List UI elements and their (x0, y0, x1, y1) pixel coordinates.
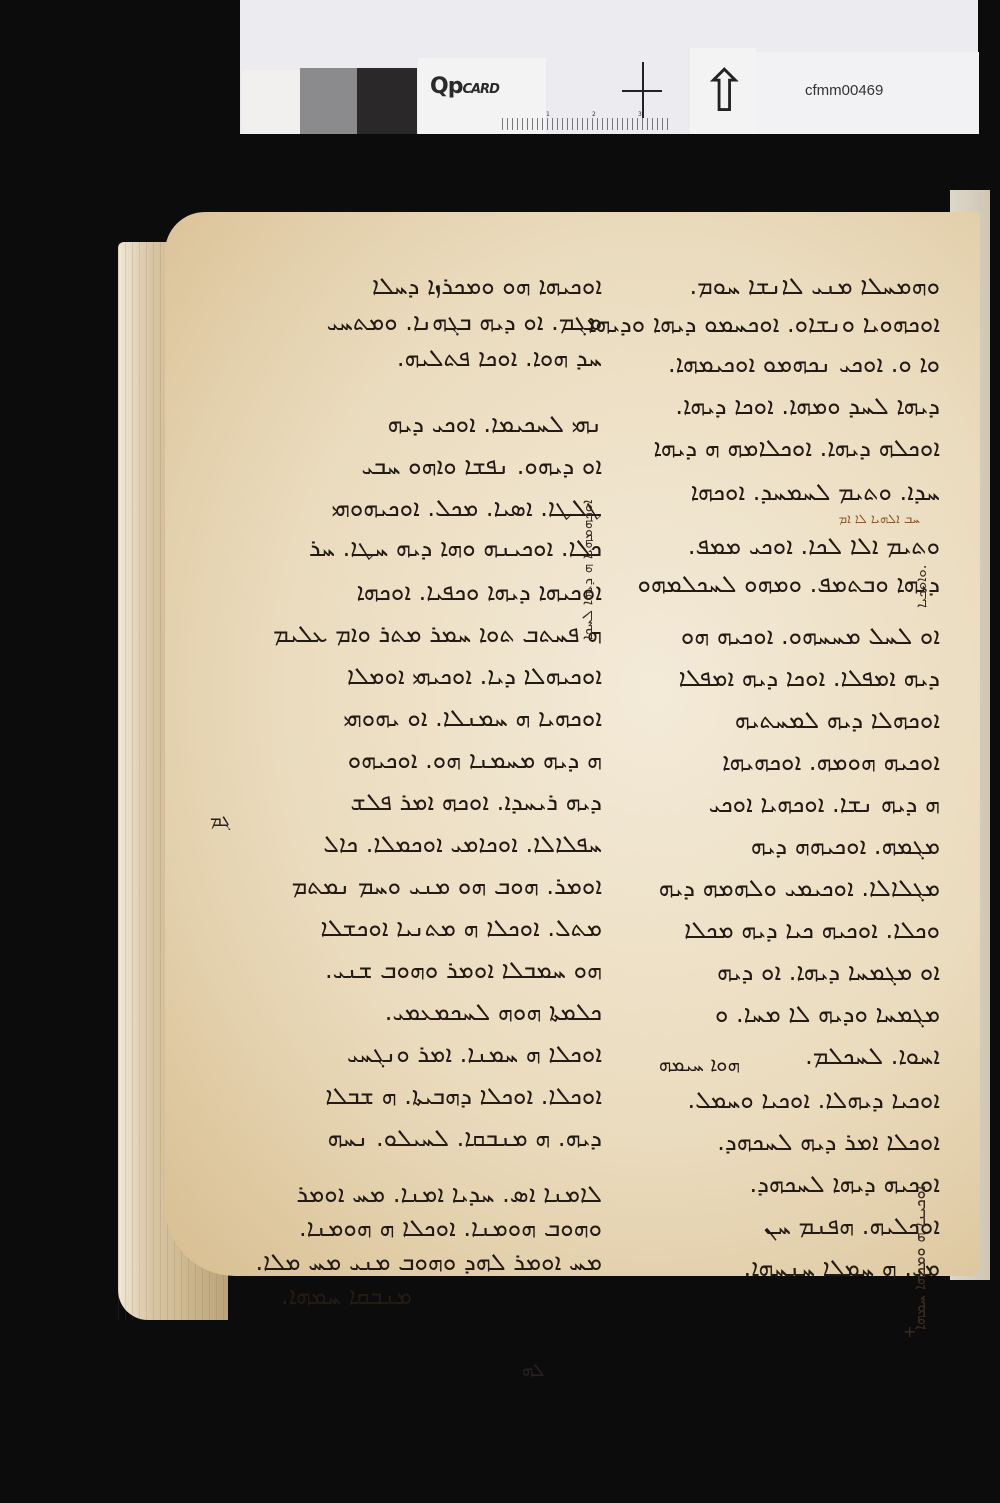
up-arrow-icon: ⇧ (700, 62, 749, 120)
text-line: ܗ ܦܚܬܒ ܬܘܐ ܚܡܪ ܡܬܪ ܘܐܡ ܥܠܝܡ (273, 620, 602, 648)
text-line: ܡܓܡܚܐ ܘܕܝܗ ܠܐ ܡܚܐ. ܘ (715, 1000, 940, 1028)
text-line: ܕܝܗ ܪܝܚܕܐ. ܐܘܟܗ ܐܡܪ ܦܠܫ (350, 788, 602, 816)
text-line: ܡܓܡܗ. ܐܘܟܝܗܗ ܕܝܗ (751, 832, 940, 860)
text-line: ܐܘܟܝܗܐ ܕܝܗܐ ܘܟܦܝܐ. ܐܘܟܗܐ (357, 578, 602, 606)
text-line: ܐܘܟܝܗܐ ܗܘ ܘܡܟܪܙܐ ܕܚܠܐ (372, 272, 602, 300)
folio-mark-left: ܓܡ (210, 810, 230, 831)
text-line: ܐܘܟܗܝܐ ܗ ܚܡܢܠܐ. ܐܘ ܝܗܘܗܝ (343, 704, 602, 732)
interlinear-note: ܚܒ ܐܠܗܝܐ ܠܐ ܐܡ (839, 512, 920, 527)
text-line: ܕܝܗ. ܗ ܡܢܒܩܐ. ܠܚܝܠܘ. ܢܚܗ (327, 1124, 602, 1152)
text-line: ܚܕ ܗܘܐ. ܐܘܟܐ ܦܬܠܝܗ. (397, 344, 602, 372)
text-line: ܐܘܟܠܐ ܐܡܪ ܕܝܗ ܠܚܟܗܕ. (717, 1128, 940, 1156)
white-swatch (242, 70, 300, 134)
gray-swatch (300, 68, 358, 134)
text-line: ܢܗܝ ܠܚܟܝܡܐ. ܐܘܟܝ ܕܝܗ (388, 410, 602, 438)
text-line: ܗ ܕܝܗ ܡܚܡܢܐ ܗܘ. ܐܘܟܝܗܘ (348, 746, 602, 774)
text-line: ܐܘܟܗܘܝܐ ܘܢܫܐܘ. ܐܘܟܚܡܘ ܕܝܗܐ ܘܕܝܗܐ (588, 310, 940, 338)
qpcard-logo: QpCARD (430, 74, 499, 99)
manuscript-id: cfmm00469 (805, 82, 883, 99)
identifier-label: cfmm00469 (755, 52, 979, 134)
orientation-arrow-box: ⇧ (690, 48, 756, 134)
text-line: ܐܘܡܪ. ܗܘܒ ܗܘ ܡܢܝ ܘܚܡ ܢܡܬܡ (292, 872, 602, 900)
text-line: ܡܢܒܩܐ ܚܡܗܐ. (281, 1282, 412, 1310)
dark-swatch (357, 68, 417, 134)
text-line: ܕܝܗܐ ܘܒܬܡܦ. ܘܡܗܘ ܠܚܟܠܡܗܘ (637, 570, 940, 598)
text-line: ܡܬܠ. ܐܘܟܠܐ ܗ ܡܬܢܝܐ ܐܘܟܫܠܐ (321, 914, 602, 942)
right-text-column: ܘܗܡܚܠܐ ܡܢܝ ܠܐܢܫܐ ܚܘܡ. ܐܘܟܗܘܝܐ ܘܢܫܐܘ. ܐܘܟ… (600, 252, 940, 1312)
text-line: ܘܬܝܡ ܐܠܐ ܠܟܐ. ܐܘܟܝ ܡܡܦ. (688, 532, 940, 560)
folio-mark-bottom: ܠܗ (522, 1360, 544, 1381)
text-line: ܠܐܡܢܐ ܐܣ. ܚܕܝܐ ܐܡܢܐ. ܡܚ ܐܘܡܪ (296, 1180, 602, 1208)
scale-ruler (502, 118, 672, 130)
rubric-red-text: ܗܘܐ ܚܝܡܗ (659, 1052, 740, 1076)
text-line: ܐܘ ܕܝܗܘ. ܢܦܫܐ ܘܐܗܘ ܚܒܝ (361, 452, 602, 480)
crosshair-icon (622, 62, 662, 118)
text-line: ܐܘܟܝܗ ܗܘܡܗ. ܐܘܟܗܝܗܐ (722, 748, 940, 776)
text-line: ܘܐ ܘ. ܐܘܟܝ ܢܟܗܡܘ ܐܘܟܝܡܗܐ. (668, 350, 940, 378)
text-line: ܐܘܟܠܐ ܗ ܚܡܢܐ. ܐܡܪ ܘܢܓܚܝ (347, 1040, 602, 1068)
text-line: ܟܠܡܬܐ ܗܘܗ ܠܚܟܡܥܡܝ. (385, 998, 602, 1026)
text-line: ܐܘܟܗܠܐ ܕܝܗ ܠܡܚܬܝܗ (735, 706, 940, 734)
text-line: ܚܦܠܐܠܐ. ܐܘܟܐܡܝ ܐܘܟܡܠܐ. ܟܐܠ (323, 830, 602, 858)
text-line: ܕܝܗ ܐܡܦܠܐ. ܐܘܟܐ ܕܝܗ ܐܡܦܠܐ (679, 664, 940, 692)
text-line: ܐܘ ܡܓܡܚܐ ܕܝܗܐ. ܐܘ ܕܝܗ (717, 958, 940, 986)
text-line: ܐܘܟܠܐ. ܐܘܟܠܐ ܕܗܒܝܬܐ. ܗ ܫܒܠܐ (325, 1082, 602, 1110)
text-line: ܘܗܡܚܠܐ ܡܢܝ ܠܐܢܫܐ ܚܘܡ. (689, 272, 940, 300)
text-line: ܐܘܟܝܐ ܕܝܗܠܐ. ܐܘܟܝܐ ܘܚܡܠ. (687, 1086, 940, 1114)
text-line: ܛܠܛܐ. ܐܣܝܐ. ܡܟܠ. ܐܘܟܝܗܘܗܝ (331, 494, 602, 522)
text-line: ܘܟܠܐ. ܐܘܟܝܗ ܟܝܐ ܕܝܗ ܡܟܠܐ (684, 916, 940, 944)
text-line: ܘܗܘܒ ܗܘܡܢܐ. ܐܘܟܠܐ ܗ ܗܘܡܢܐ. (299, 1214, 602, 1242)
text-line: ܐܘܟܠܗ ܕܝܗܐ. ܐܘܟܠܐܡܗ ܗ ܕܝܗܐ (653, 434, 940, 462)
text-line: ܗ ܕܝܗ ܢܫܐ. ܐܘܟܗܝܐ ܐܘܟܝ (709, 790, 940, 818)
text-line: ܡܓܡ. ܐܘ ܕܝܗ ܒܓܗܢܐ. ܘܡܬܚܝ (327, 308, 602, 336)
left-text-column: ܐܘܟܝܗܐ ܗܘ ܘܡܟܪܙܐ ܕܚܠܐ ܡܓܡ. ܐܘ ܕܝܗ ܒܓܗܢܐ.… (250, 262, 602, 1322)
text-line: ܡܓܠܐܠܐ. ܐܘܟܝܡܝ ܘܠܗܡܗ ܕܝܗ (659, 874, 940, 902)
text-line: ܐܘܟܝܗܠܐ ܕܝܐ. ܐܘܟܝܗܝ ܐܘܡܠܐ (347, 662, 602, 690)
ruler-number: 1 (546, 111, 550, 118)
text-line: ܐܚܘܐ. ܠܚܟܠܡ. (805, 1042, 940, 1070)
margin-note-right-upper: ܘܐܘܟܝܐ. (912, 564, 930, 608)
text-line: ܗܘ ܚܡܒܠܐ ܐܘܡܪ ܘܗܘܒ ܫܢܝ. (325, 956, 602, 984)
text-line: ܕܝܗܐ ܠܚܕ ܘܡܗܐ. ܐܘܟܐ ܕܝܗܐ. (675, 392, 940, 420)
margin-note-middle: ܐܘܟܗܡܗܝܐ ܗ ܕܝܗܐ ܠܚܟܐ (578, 500, 596, 640)
text-line: ܡܚ ܐܘܡܪ ܠܗܕ ܘܗܘܒ ܡܢܝ ܡܚ ܡܠܐ. (256, 1248, 602, 1276)
text-line: ܐܘ ܠܚܠ ܡܚܚܗܘ. ܐܘܟܝܗ ܗܘ (681, 622, 940, 650)
red-mark: + (903, 1322, 916, 1341)
text-line: ܟܠܐ. ܐܘܟܝܢܗ ܘܗܐ ܕܝܗ ܚܛܐ. ܚܪ (309, 534, 602, 562)
ruler-number: 3 (638, 111, 642, 118)
margin-note-right-lower: ܐܘܟܝܢܐ ܗ ܘܡܟܗܐ ܚܡܗܐ (910, 1186, 930, 1330)
ruler-number: 2 (592, 111, 596, 118)
text-line: ܚܕܐ. ܘܬܝܡ ܠܚܡܚܕ. ܐܘܟܗܐ (691, 478, 940, 506)
